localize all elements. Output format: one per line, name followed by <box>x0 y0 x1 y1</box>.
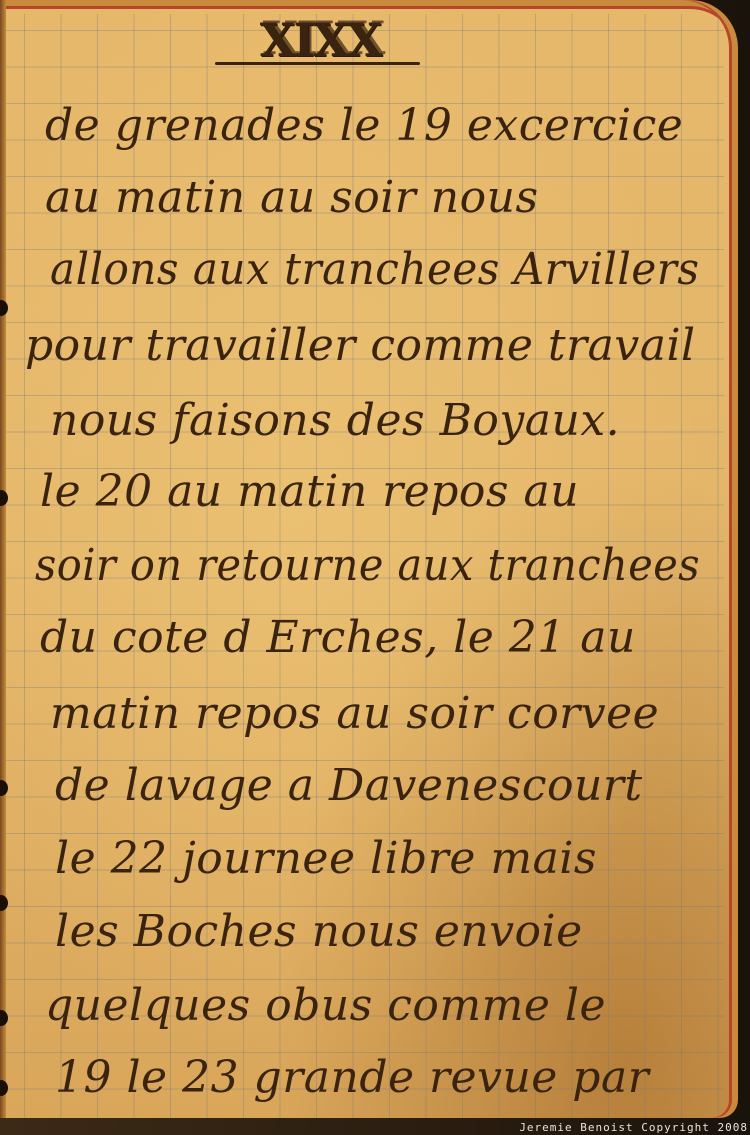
notebook-page: XIXX de grenades le 19 excercice au mati… <box>0 0 738 1118</box>
handwritten-line: du cote d Erches, le 21 au <box>40 612 636 663</box>
handwritten-line: 19 le 23 grande revue par <box>55 1052 649 1103</box>
spiral-binding-edge <box>0 0 6 1118</box>
handwritten-line: pour travailler comme travail <box>25 320 696 371</box>
handwritten-line: au matin au soir nous <box>45 172 539 223</box>
handwritten-line: matin repos au soir corvee <box>50 688 659 739</box>
handwritten-line: de grenades le 19 excercice <box>45 100 683 151</box>
handwritten-line: le 22 journee libre mais <box>55 833 597 884</box>
handwritten-line: les Boches nous envoie <box>55 906 583 957</box>
handwritten-line: quelques obus comme le <box>45 980 606 1031</box>
page-number-header: XIXX <box>210 10 430 70</box>
handwritten-line: de lavage a Davenescourt <box>55 760 643 811</box>
handwritten-line: soir on retourne aux tranchees <box>35 540 700 591</box>
copyright-watermark: Jeremie Benoist Copyright 2008 <box>519 1121 748 1134</box>
handwritten-line: le 20 au matin repos au <box>40 466 579 517</box>
header-underline <box>215 62 420 65</box>
handwritten-line: nous faisons des Boyaux. <box>50 395 620 446</box>
handwritten-line: allons aux tranchees Arvillers <box>50 244 699 295</box>
